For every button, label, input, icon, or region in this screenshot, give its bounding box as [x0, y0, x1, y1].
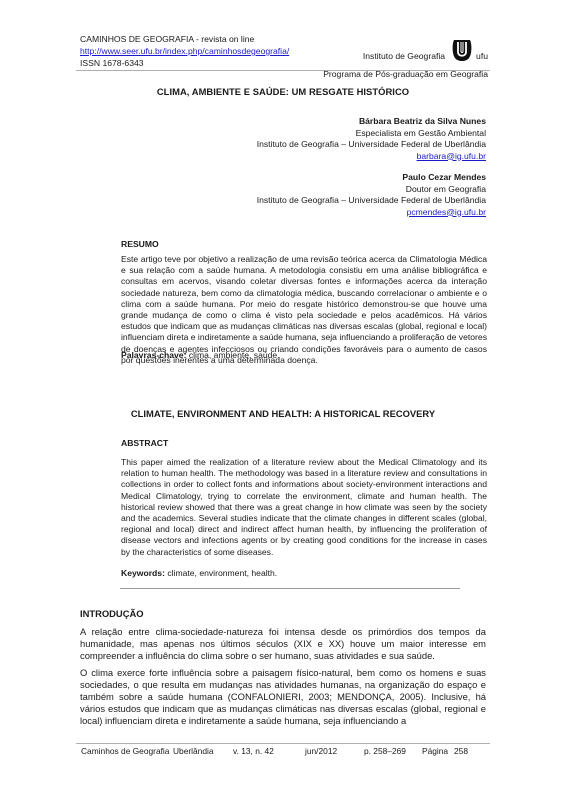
journal-name: CAMINHOS DE GEOGRAFIA - revista on line — [80, 33, 289, 45]
institute-name: Instituto de Geografia — [363, 50, 445, 62]
author-email-link[interactable]: pcmendes@ig.ufu.br — [407, 207, 486, 217]
article-title-en: CLIMATE, ENVIRONMENT AND HEALTH: A HISTO… — [0, 408, 566, 419]
article-title-pt: CLIMA, AMBIENTE E SAÚDE: UM RESGATE HIST… — [0, 86, 566, 97]
journal-url-link[interactable]: http://www.seer.ufu.br/index.php/caminho… — [80, 46, 289, 56]
author-block: Paulo Cezar Mendes Doutor em Geografia I… — [257, 172, 486, 218]
author-affiliation: Instituto de Geografia – Universidade Fe… — [257, 195, 486, 207]
footer-journal: Caminhos de Geografia — [81, 746, 173, 756]
abstract-heading: ABSTRACT — [121, 438, 168, 448]
author-name: Bárbara Beatriz da Silva Nunes — [257, 116, 486, 128]
author-affiliation: Instituto de Geografia – Universidade Fe… — [257, 139, 486, 151]
keywords-pt-values: clima, ambiente, saúde. — [186, 350, 279, 360]
keywords-en: Keywords: climate, environment, health. — [121, 568, 277, 578]
introduction-paragraph: O clima exerce forte influência sobre a … — [80, 667, 486, 727]
journal-header: CAMINHOS DE GEOGRAFIA - revista on line … — [80, 33, 289, 69]
footer-pages: p. 258–269 — [364, 746, 422, 756]
author-degree: Especialista em Gestão Ambiental — [257, 128, 486, 140]
keywords-en-values: climate, environment, health. — [165, 568, 277, 578]
footer-city: Uberlândia — [173, 746, 233, 756]
abstract-divider — [120, 588, 460, 589]
resumo-heading: RESUMO — [121, 239, 159, 249]
keywords-pt: Palavras-chave: clima, ambiente, saúde. — [121, 350, 280, 360]
introduction-paragraph: A relação entre clima-sociedade-natureza… — [80, 626, 486, 662]
footer-divider — [76, 743, 490, 744]
footer-page-label: Página — [422, 746, 446, 756]
author-name: Paulo Cezar Mendes — [257, 172, 486, 184]
footer-date: jun/2012 — [305, 746, 364, 756]
abstract-text: This paper aimed the realization of a li… — [121, 457, 487, 558]
ufu-label: ufu — [476, 50, 488, 62]
footer-page-number: 258 — [454, 746, 468, 756]
footer-volume: v. 13, n. 42 — [233, 746, 305, 756]
author-degree: Doutor em Geografia — [257, 184, 486, 196]
institution-header: Instituto de Geografia ufu Programa de P… — [323, 44, 488, 80]
keywords-en-label: Keywords: — [121, 568, 165, 578]
ufu-logo-icon — [451, 38, 473, 62]
header-divider — [76, 70, 490, 71]
author-email-link[interactable]: barbara@ig.ufu.br — [417, 151, 486, 161]
issn: ISSN 1678-6343 — [80, 57, 289, 69]
keywords-pt-label: Palavras-chave: — [121, 350, 186, 360]
page-footer: Caminhos de Geografia Uberlândia v. 13, … — [81, 746, 468, 756]
introduction-heading: INTRODUÇÃO — [80, 608, 144, 619]
author-block: Bárbara Beatriz da Silva Nunes Especiali… — [257, 116, 486, 162]
